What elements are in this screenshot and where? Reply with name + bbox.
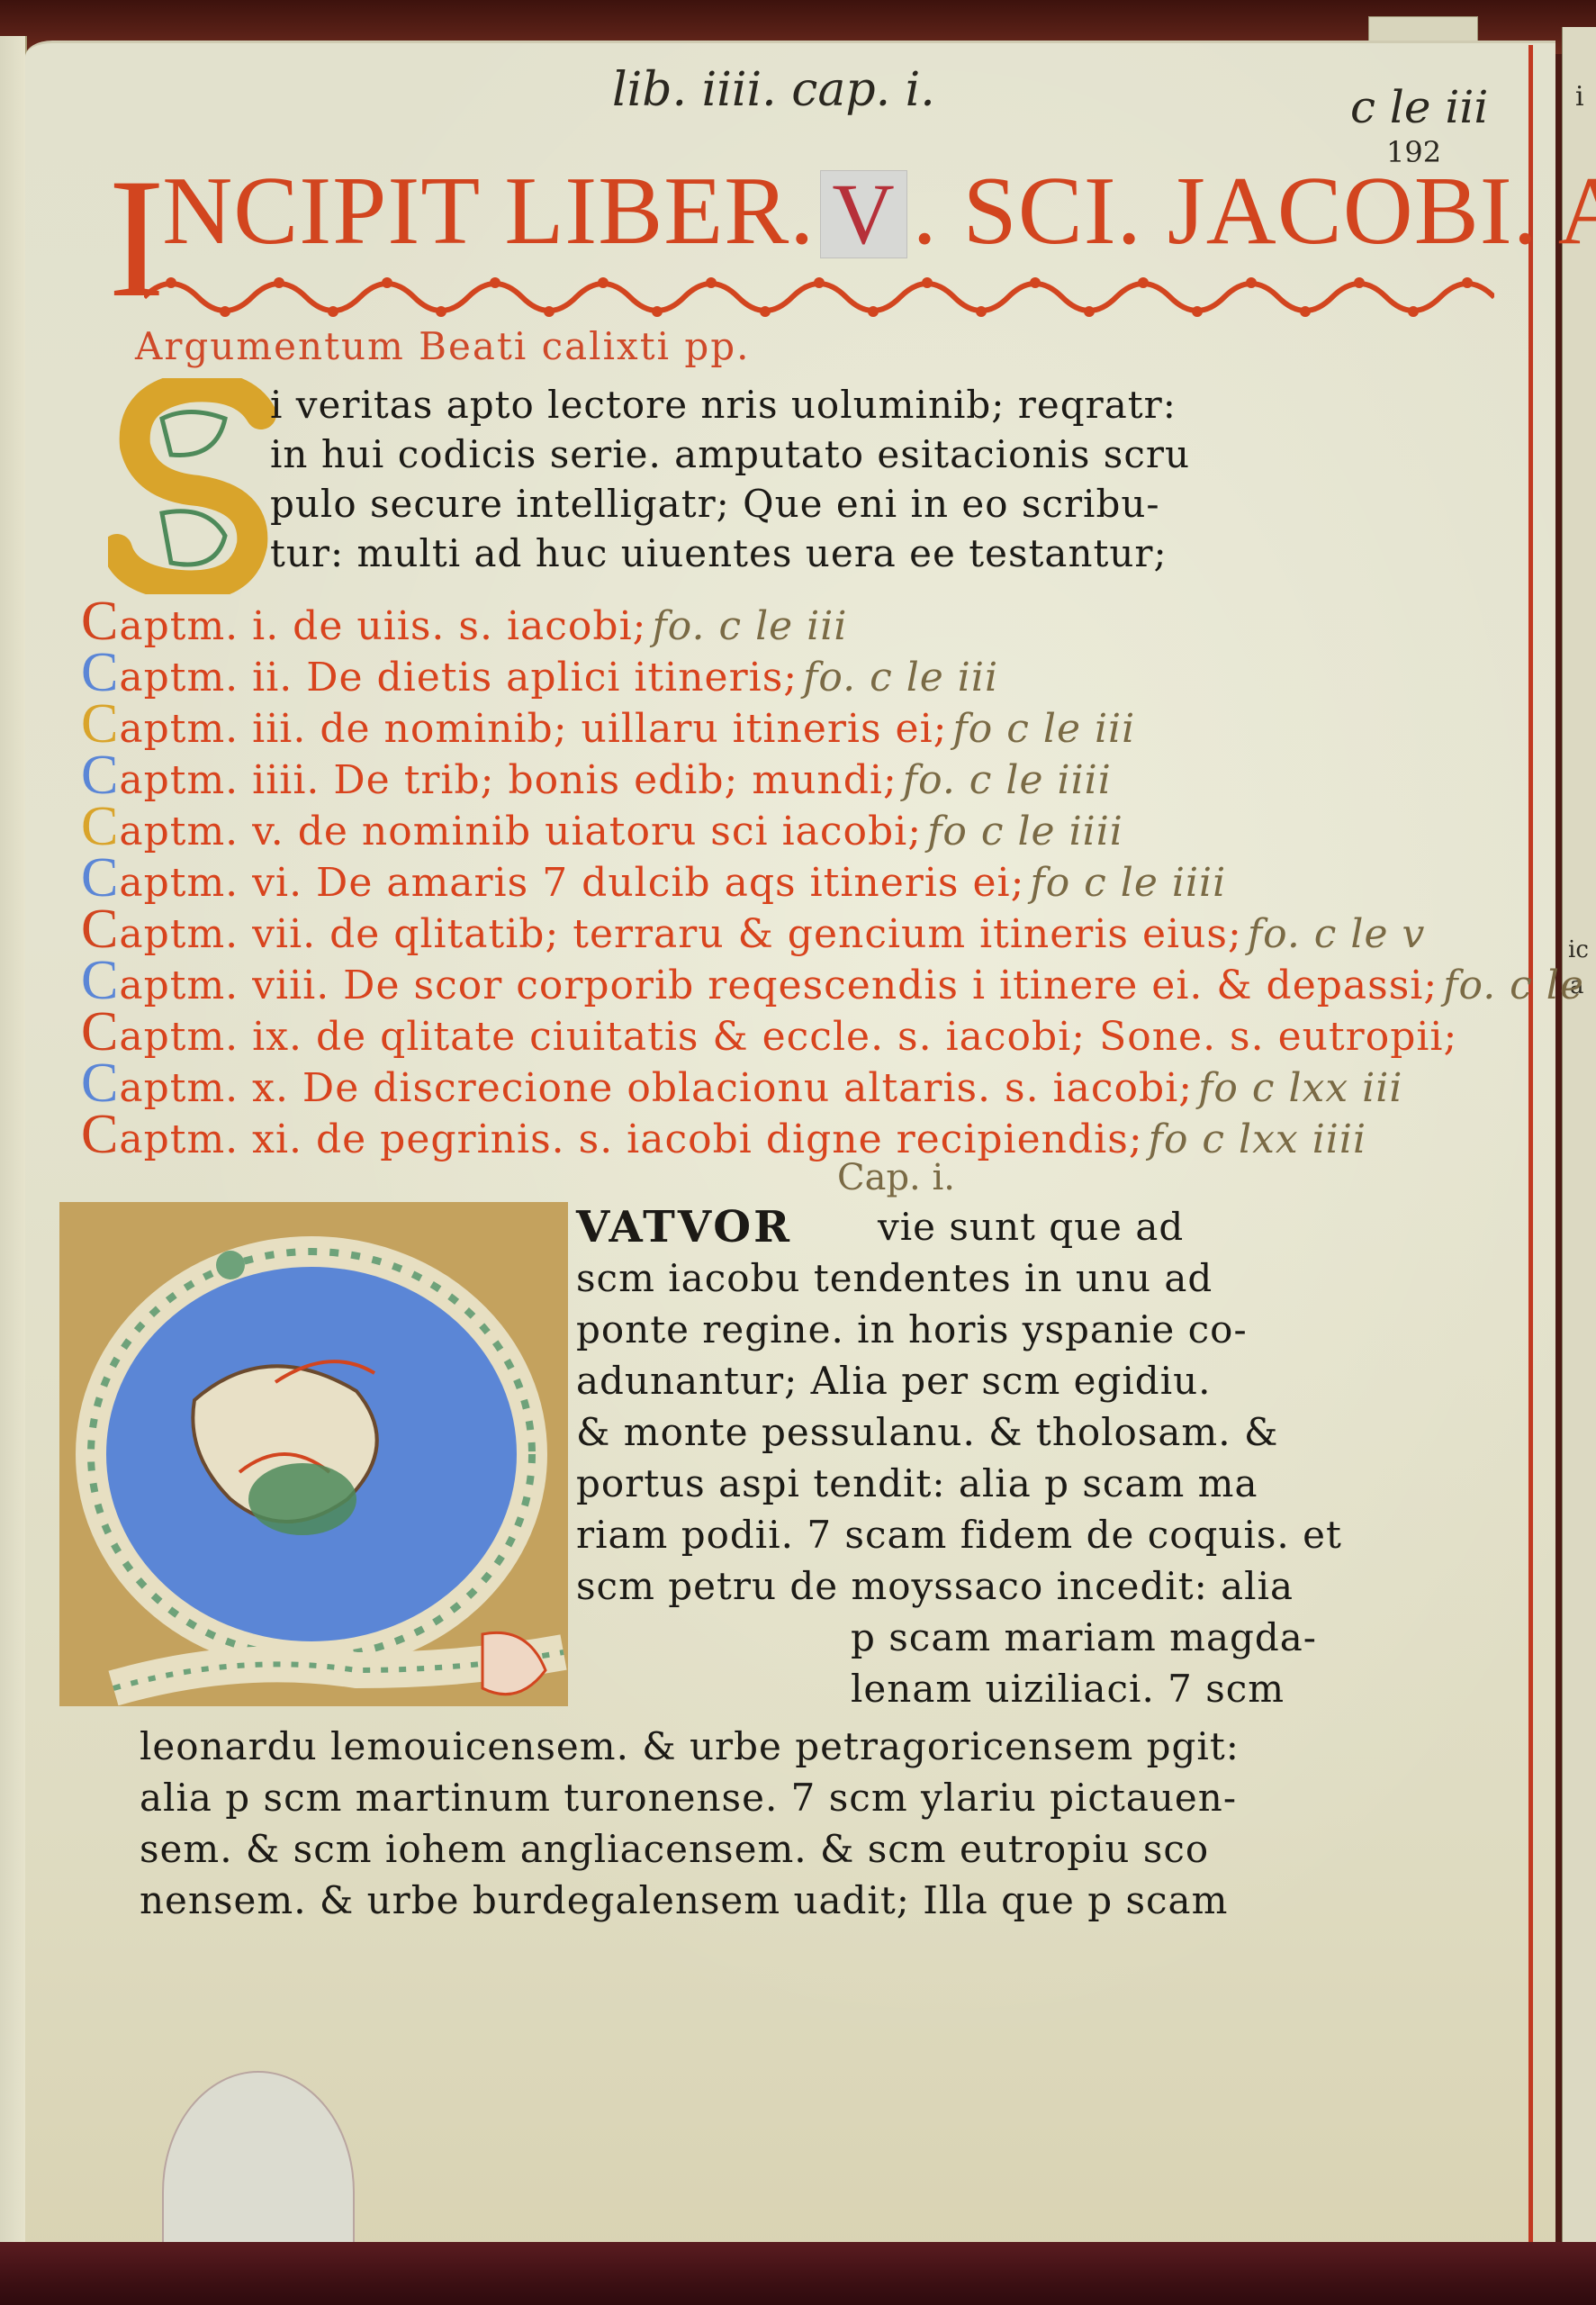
- intro-line: pulo secure intelligatr; Que eni in eo s…: [270, 482, 1160, 526]
- text-line: lenam uiziliaci. 7 scm: [851, 1667, 1285, 1711]
- scroll-ornament: [144, 270, 1494, 324]
- title-text-after: . SCI. JACOBI. Apti: [913, 158, 1596, 265]
- chapter-opening-word: VATVOR: [576, 1202, 792, 1252]
- text-line: ponte regine. in horis yspanie co-: [576, 1307, 1248, 1351]
- intro-line: i veritas apto lectore nris uoluminib; r…: [270, 383, 1177, 427]
- folio-reference: fo c lxx iiii: [1149, 1116, 1366, 1162]
- next-leaf-edge: i ic a: [1562, 27, 1596, 2242]
- text-line: scm iacobu tendentes in unu ad: [576, 1256, 1213, 1300]
- left-page-edge: [0, 36, 27, 2260]
- running-title: lib. iiii. cap. i.: [612, 63, 935, 117]
- book-binding-bottom: [0, 2242, 1596, 2305]
- marginal-chapter-note: Cap. i.: [837, 1157, 955, 1198]
- chapter-initial: C: [81, 1104, 119, 1165]
- red-margin-rule: [1528, 45, 1533, 2242]
- text-line: alia p scm martinum turonense. 7 scm yla…: [140, 1776, 1237, 1820]
- text-line: & monte pessulanu. & tholosam. &: [576, 1410, 1278, 1454]
- folio-roman: c le iii: [1350, 81, 1488, 133]
- illuminated-initial-q: [59, 1202, 568, 1738]
- text-line: riam podii. 7 scam fidem de coquis. et: [576, 1513, 1342, 1557]
- text-line: adunantur; Alia per scm egidiu.: [576, 1359, 1212, 1403]
- text-line: vie sunt que ad: [878, 1205, 1184, 1249]
- leaf-mark: i: [1575, 81, 1584, 113]
- intro-line: in hui codicis serie. amputato esitacion…: [270, 432, 1190, 476]
- text-line: nensem. & urbe burdegalensem uadit; Illa…: [140, 1878, 1228, 1922]
- illuminated-initial-s: [108, 378, 288, 594]
- text-line: leonardu lemouicensem. & urbe petragoric…: [140, 1724, 1240, 1768]
- book-number: V: [820, 170, 906, 258]
- text-line: sem. & scm iohem angliacensem. & scm eut…: [140, 1827, 1209, 1871]
- text-line: portus aspi tendit: alia p scam ma: [576, 1461, 1258, 1505]
- chapter-entry: Captm. xi. de pegrinis. s. iacobi digne …: [81, 1103, 1366, 1167]
- text-line: p scam mariam magda-: [851, 1615, 1317, 1659]
- folio-reference: fo. c le vii: [1443, 963, 1596, 1008]
- title-text-before: NCIPIT LIBER.: [162, 158, 815, 265]
- argument-rubric: Argumentum Beati calixti pp.: [135, 324, 751, 368]
- intro-line: tur: multi ad huc uiuentes uera ee testa…: [270, 531, 1168, 575]
- chapter-title: aptm. xi. de pegrinis. s. iacobi digne r…: [119, 1116, 1142, 1162]
- text-line: scm petru de moyssaco incedit: alia: [576, 1564, 1294, 1608]
